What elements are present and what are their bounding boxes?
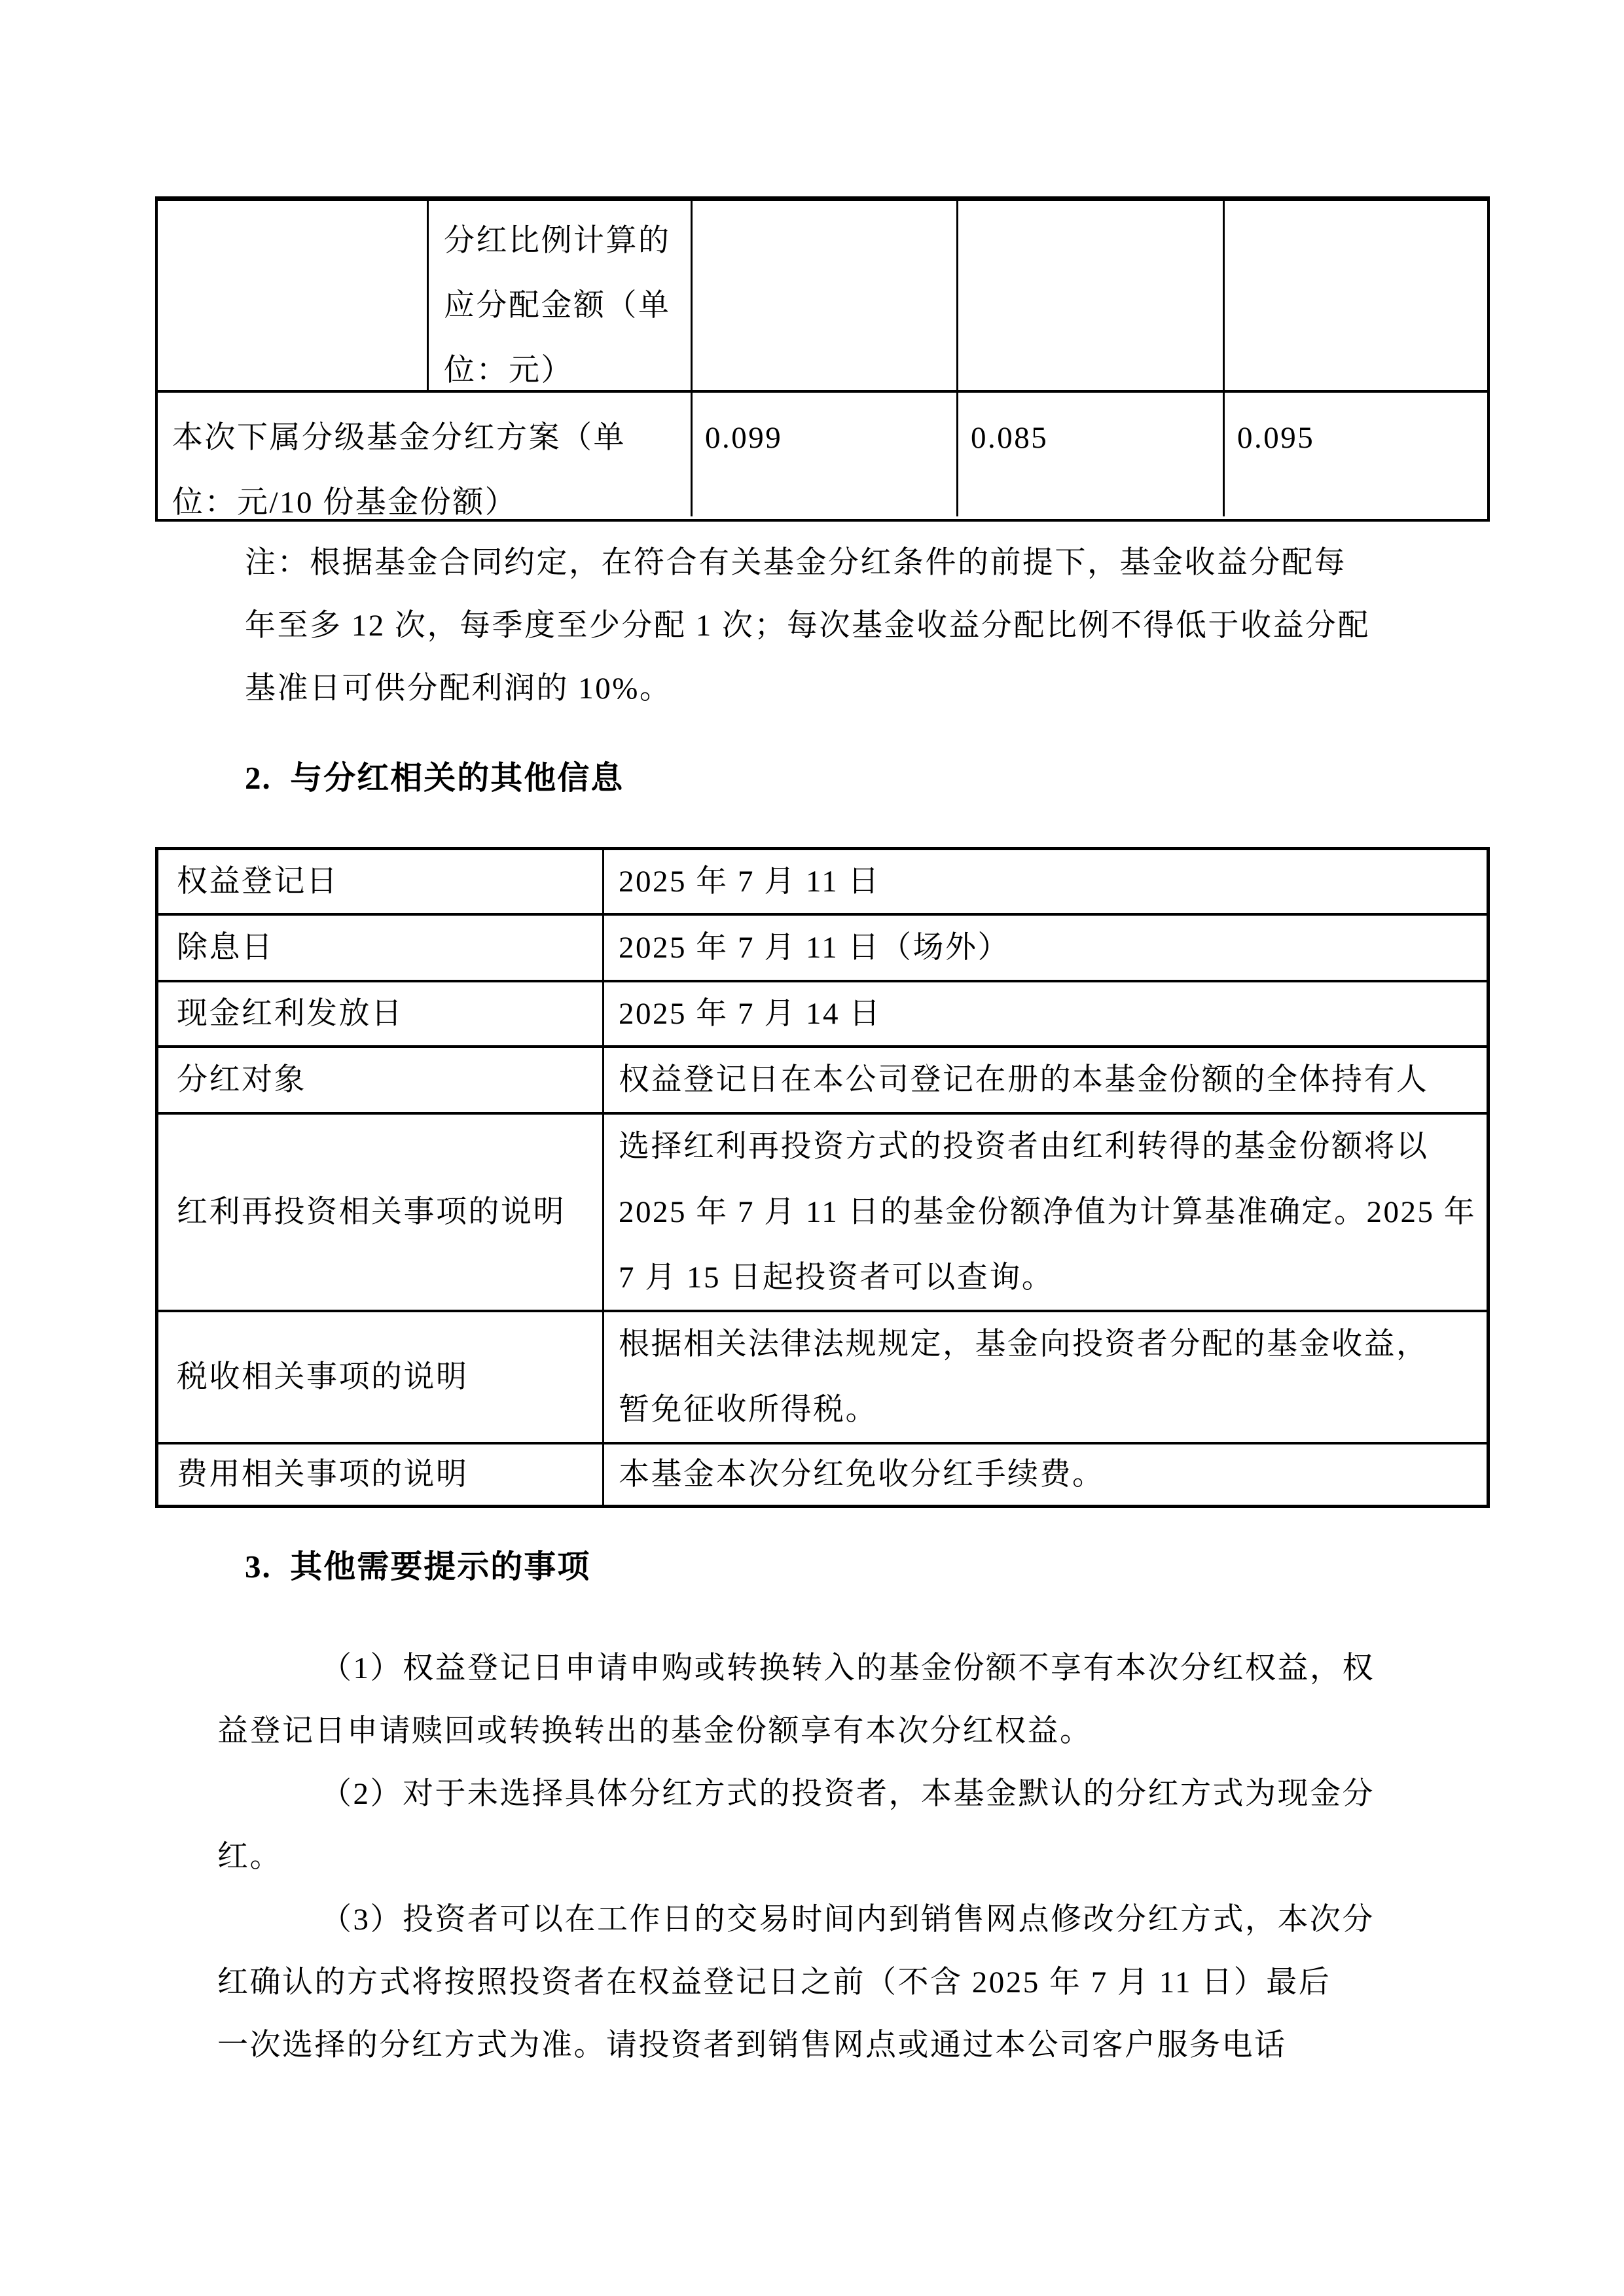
row-value: 选择红利再投资方式的投资者由红利转得的基金份额将以 2025 年 7 月 11 …	[604, 1115, 1487, 1310]
table-row: 税收相关事项的说明 根据相关法律法规规定，基金向投资者分配的基金收益， 暂免征收…	[158, 1312, 1487, 1444]
section-2-heading: 2. 与分红相关的其他信息	[245, 761, 624, 796]
table-cell-value: 0.095	[1237, 406, 1453, 471]
table-note: 注：根据基金合同约定，在符合有关基金分红条件的前提下，基金收益分配每 年至多 1…	[245, 531, 1416, 720]
table-row: 除息日 2025 年 7 月 11 日（场外）	[158, 916, 1487, 982]
section-3-paragraphs: （1）权益登记日申请申购或转换转入的基金份额不享有本次分红权益，权 益登记日申请…	[217, 1637, 1405, 2077]
table-row: 本次下属分级基金分红方案（单 位：元/10 份基金份额） 0.099 0.085…	[158, 393, 1487, 516]
table-cell-value: 0.085	[971, 406, 1187, 471]
row-label: 现金红利发放日	[158, 982, 604, 1045]
table-row: 现金红利发放日 2025 年 7 月 14 日	[158, 982, 1487, 1048]
column-divider	[691, 393, 693, 516]
table-row: 分红对象 权益登记日在本公司登记在册的本基金份额的全体持有人	[158, 1048, 1487, 1115]
row-label: 除息日	[158, 916, 604, 980]
table-cell-value: 0.099	[705, 406, 921, 471]
row-value: 本基金本次分红免收分红手续费。	[604, 1444, 1487, 1505]
section-3-heading: 3. 其他需要提示的事项	[245, 1549, 590, 1585]
document-page: 分红比例计算的 应分配金额（单 位：元） 本次下属分级基金分红方案（单 位：元/…	[0, 0, 1624, 2296]
column-divider	[427, 201, 429, 390]
row-value: 2025 年 7 月 11 日	[604, 850, 1487, 913]
dividend-info-table: 权益登记日 2025 年 7 月 11 日 除息日 2025 年 7 月 11 …	[155, 847, 1490, 1508]
table-row: 分红比例计算的 应分配金额（单 位：元）	[158, 201, 1487, 393]
column-divider	[1223, 201, 1225, 390]
table-row: 权益登记日 2025 年 7 月 11 日	[158, 850, 1487, 916]
paragraph-2: （2）对于未选择具体分红方式的投资者，本基金默认的分红方式为现金分 红。	[217, 1763, 1405, 1888]
paragraph-3: （3）投资者可以在工作日的交易时间内到销售网点修改分红方式，本次分 红确认的方式…	[217, 1888, 1405, 2077]
row-label: 税收相关事项的说明	[158, 1312, 604, 1442]
table-row: 费用相关事项的说明 本基金本次分红免收分红手续费。	[158, 1444, 1487, 1505]
sub-fund-dividend-plan-table: 分红比例计算的 应分配金额（单 位：元） 本次下属分级基金分红方案（单 位：元/…	[155, 196, 1490, 522]
row-value: 权益登记日在本公司登记在册的本基金份额的全体持有人	[604, 1048, 1487, 1112]
table-cell-plan-label: 本次下属分级基金分红方案（单 位：元/10 份基金份额）	[172, 406, 683, 535]
row-label: 权益登记日	[158, 850, 604, 913]
row-label: 分红对象	[158, 1048, 604, 1112]
column-divider	[691, 201, 693, 390]
row-value: 根据相关法律法规规定，基金向投资者分配的基金收益， 暂免征收所得税。	[604, 1312, 1487, 1442]
row-value: 2025 年 7 月 11 日（场外）	[604, 916, 1487, 980]
table-row: 红利再投资相关事项的说明 选择红利再投资方式的投资者由红利转得的基金份额将以 2…	[158, 1115, 1487, 1312]
row-label: 费用相关事项的说明	[158, 1444, 604, 1505]
row-value: 2025 年 7 月 14 日	[604, 982, 1487, 1045]
paragraph-1: （1）权益登记日申请申购或转换转入的基金份额不享有本次分红权益，权 益登记日申请…	[217, 1637, 1405, 1763]
column-divider	[956, 393, 958, 516]
column-divider	[1223, 393, 1225, 516]
table-cell-amount-header: 分红比例计算的 应分配金额（单 位：元）	[444, 209, 686, 403]
row-label: 红利再投资相关事项的说明	[158, 1115, 604, 1310]
column-divider	[956, 201, 958, 390]
